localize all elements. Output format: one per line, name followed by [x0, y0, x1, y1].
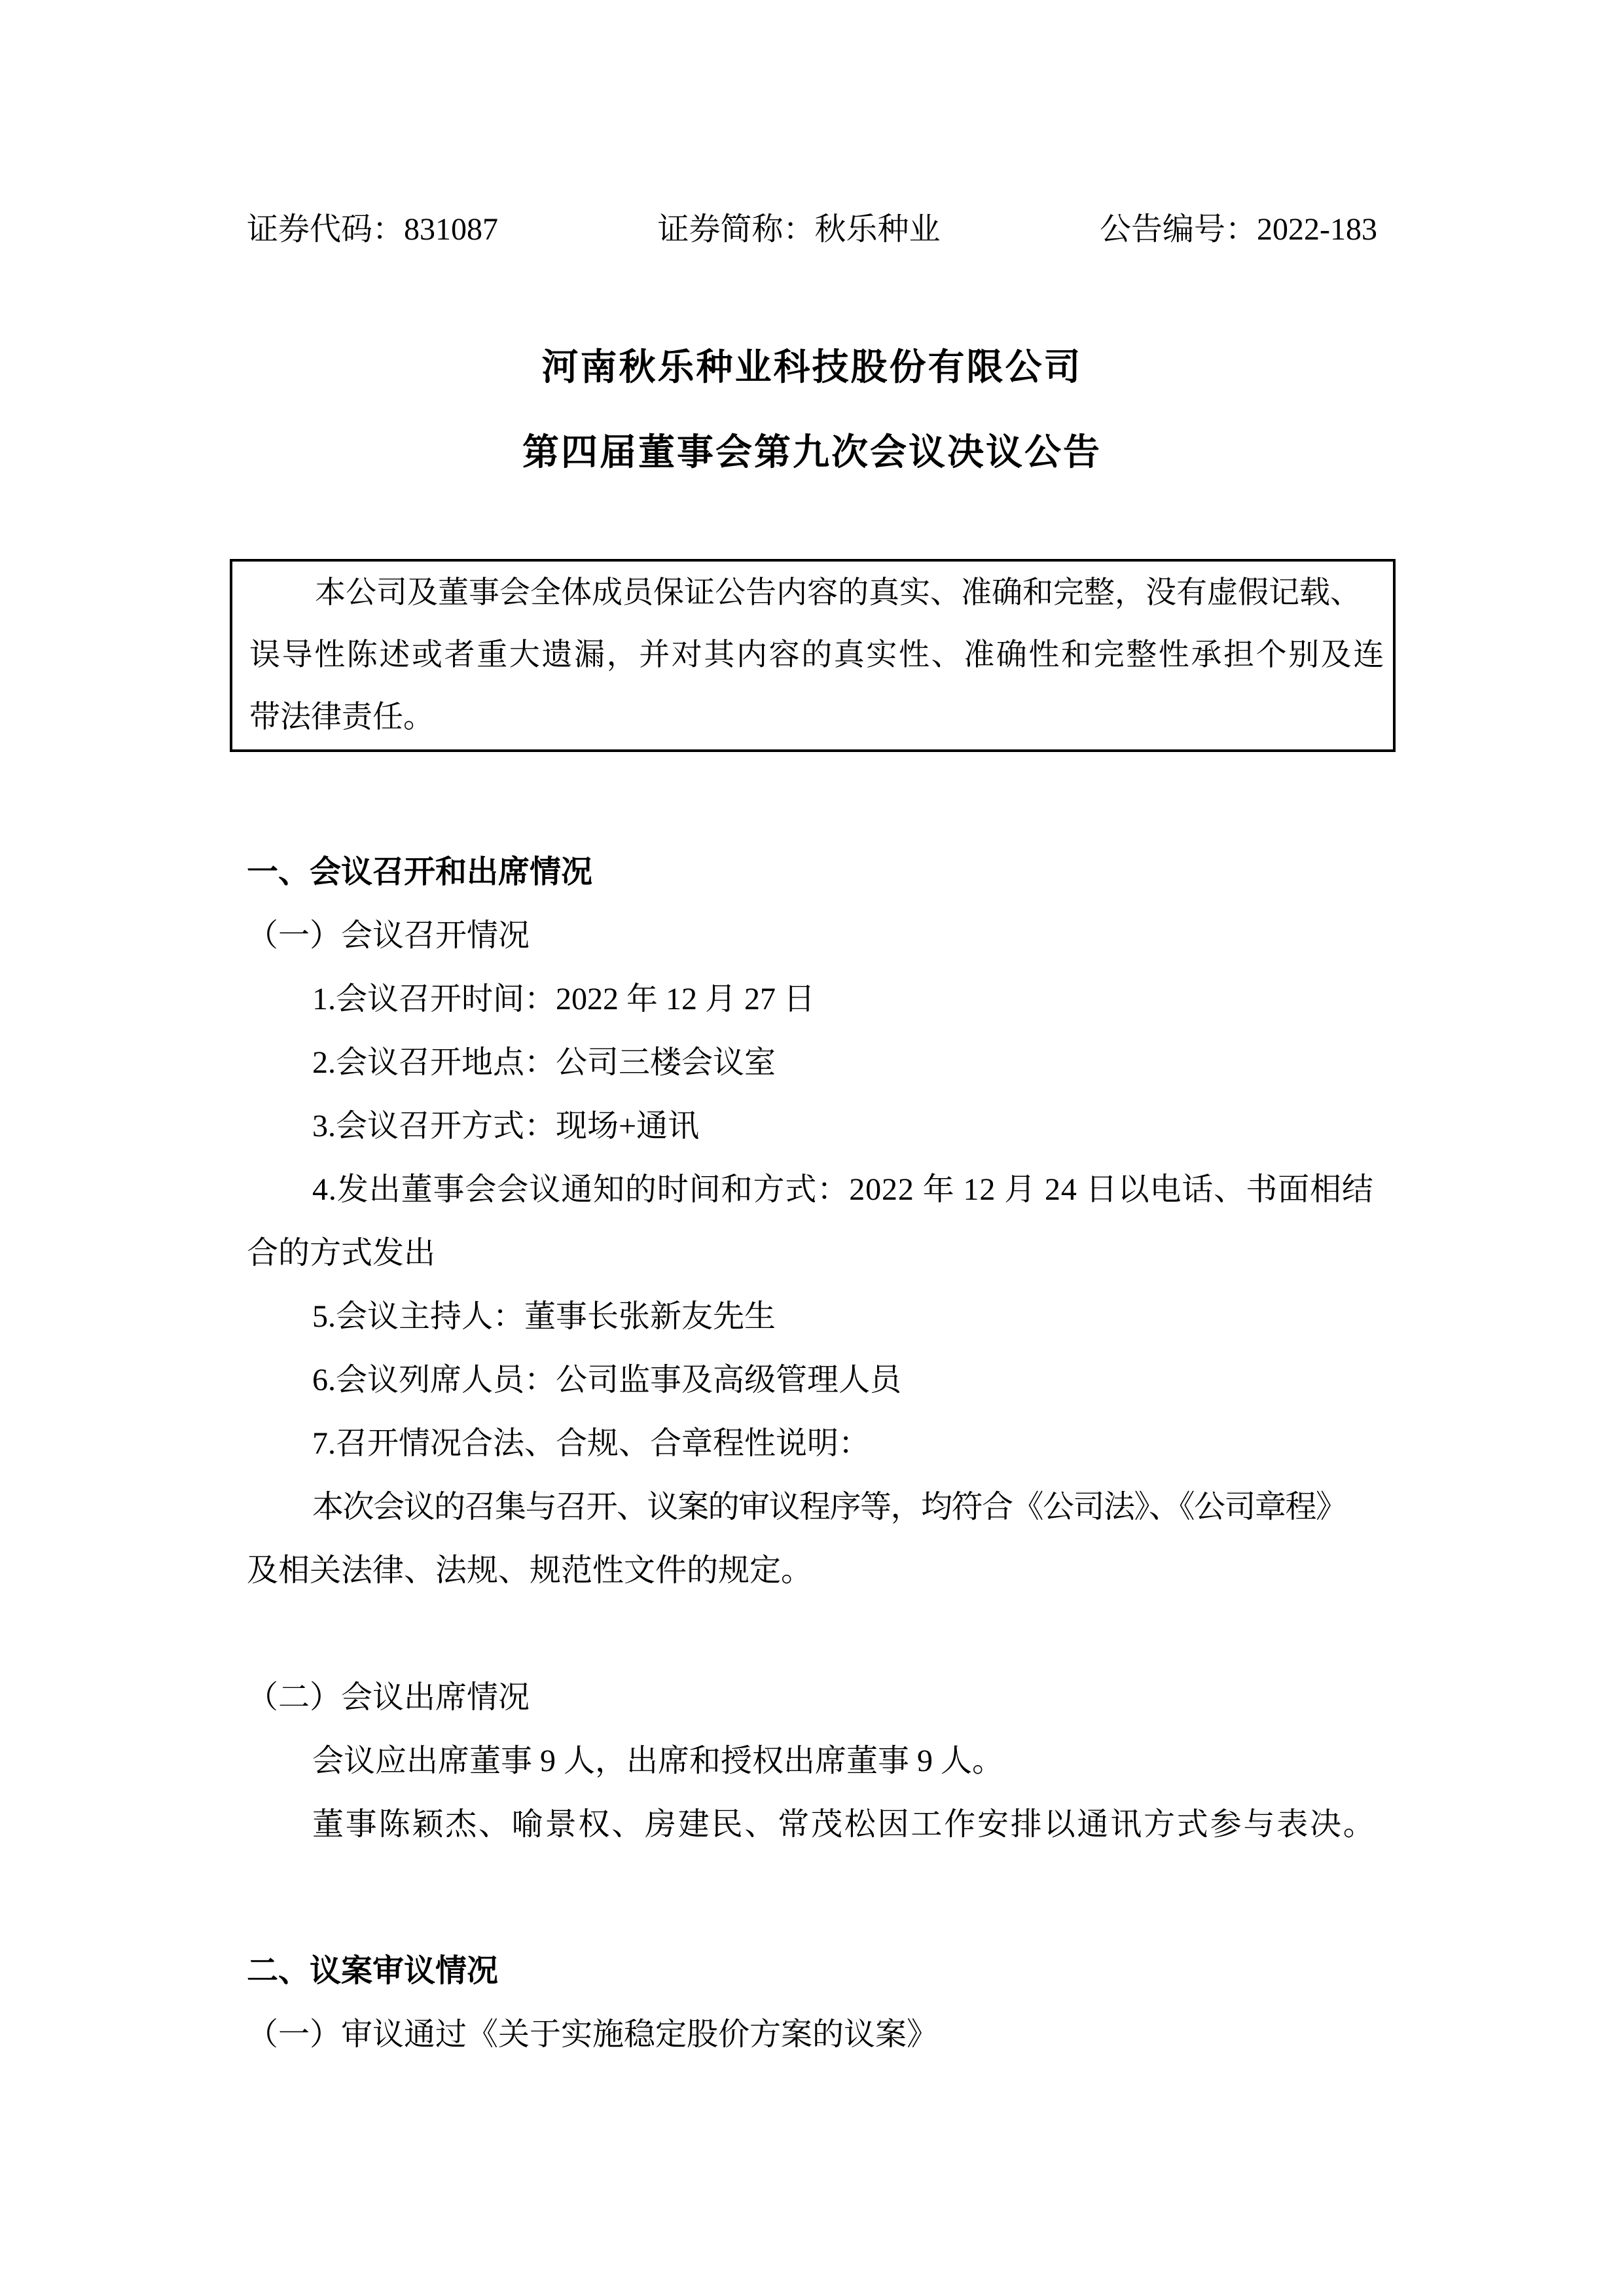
title-block: 河南秋乐种业科技股份有限公司 第四届董事会第九次会议决议公告 — [0, 325, 1624, 495]
disclaimer-box: 本公司及董事会全体成员保证公告内容的真实、准确和完整，没有虚假记载、 误导性陈述… — [230, 559, 1396, 752]
item-legality-statement: 7.召开情况合法、合规、合章程性说明： — [312, 1412, 1377, 1475]
announcement-no-label: 公告编号： — [1100, 212, 1257, 247]
stock-code-value: 831087 — [404, 212, 498, 247]
item-notice-line-2: 合的方式发出 — [247, 1221, 1377, 1285]
announcement-no-value: 2022-183 — [1257, 212, 1377, 247]
disclaimer-line: 带法律责任。 — [249, 687, 1381, 749]
subsection-1-1-heading: （一）会议召开情况 — [247, 904, 1377, 967]
section-1-heading: 一、会议召开和出席情况 — [247, 840, 1377, 904]
subsection-2-1-heading: （一）审议通过《关于实施稳定股价方案的议案》 — [247, 2003, 1377, 2066]
item-meeting-host: 5.会议主持人：董事长张新友先生 — [312, 1285, 1377, 1348]
stock-abbr-label: 证券简称： — [657, 212, 814, 247]
legality-line-1: 本次会议的召集与召开、议案的审议程序等，均符合《公司法》、《公司章程》 — [312, 1475, 1377, 1539]
stock-abbr-value: 秋乐种业 — [815, 212, 941, 247]
body-text: 一、会议召开和出席情况 （一）会议召开情况 1.会议召开时间：2022 年 12… — [247, 840, 1377, 2066]
stock-code: 证券代码：831087 — [247, 211, 498, 249]
attendance-count: 会议应出席董事 9 人，出席和授权出席董事 9 人。 — [312, 1729, 1377, 1793]
subsection-1-2-heading: （二）会议出席情况 — [247, 1666, 1377, 1729]
company-title: 河南秋乐种业科技股份有限公司 — [0, 325, 1624, 410]
section-2-heading: 二、议案审议情况 — [247, 1939, 1377, 2003]
blank-line — [247, 1602, 1377, 1666]
stock-abbr: 证券简称：秋乐种业 — [657, 211, 940, 249]
disclaimer-line: 本公司及董事会全体成员保证公告内容的真实、准确和完整，没有虚假记载、 — [315, 562, 1381, 624]
disclaimer-line: 误导性陈述或者重大遗漏，并对其内容的真实性、准确性和完整性承担个别及连 — [249, 624, 1381, 687]
item-meeting-time: 1.会议召开时间：2022 年 12 月 27 日 — [312, 967, 1377, 1031]
item-meeting-place: 2.会议召开地点：公司三楼会议室 — [312, 1031, 1377, 1094]
item-notice-line-1: 4.发出董事会会议通知的时间和方式：2022 年 12 月 24 日以电话、书面… — [312, 1158, 1377, 1221]
announcement-no: 公告编号：2022-183 — [1100, 211, 1377, 249]
meeting-resolution-title: 第四届董事会第九次会议决议公告 — [0, 410, 1624, 495]
item-meeting-attendees: 6.会议列席人员：公司监事及高级管理人员 — [312, 1348, 1377, 1412]
doc-header: 证券代码：831087 证券简称：秋乐种业 公告编号：2022-183 — [247, 211, 1377, 249]
announcement-page: 证券代码：831087 证券简称：秋乐种业 公告编号：2022-183 河南秋乐… — [0, 0, 1624, 2296]
blank-line — [247, 1856, 1377, 1920]
legality-line-2: 及相关法律、法规、规范性文件的规定。 — [247, 1539, 1377, 1602]
remote-voting-note: 董事陈颖杰、喻景权、房建民、常茂松因工作安排以通讯方式参与表决。 — [312, 1793, 1377, 1856]
item-meeting-method: 3.会议召开方式：现场+通讯 — [312, 1094, 1377, 1158]
stock-code-label: 证券代码： — [247, 212, 404, 247]
